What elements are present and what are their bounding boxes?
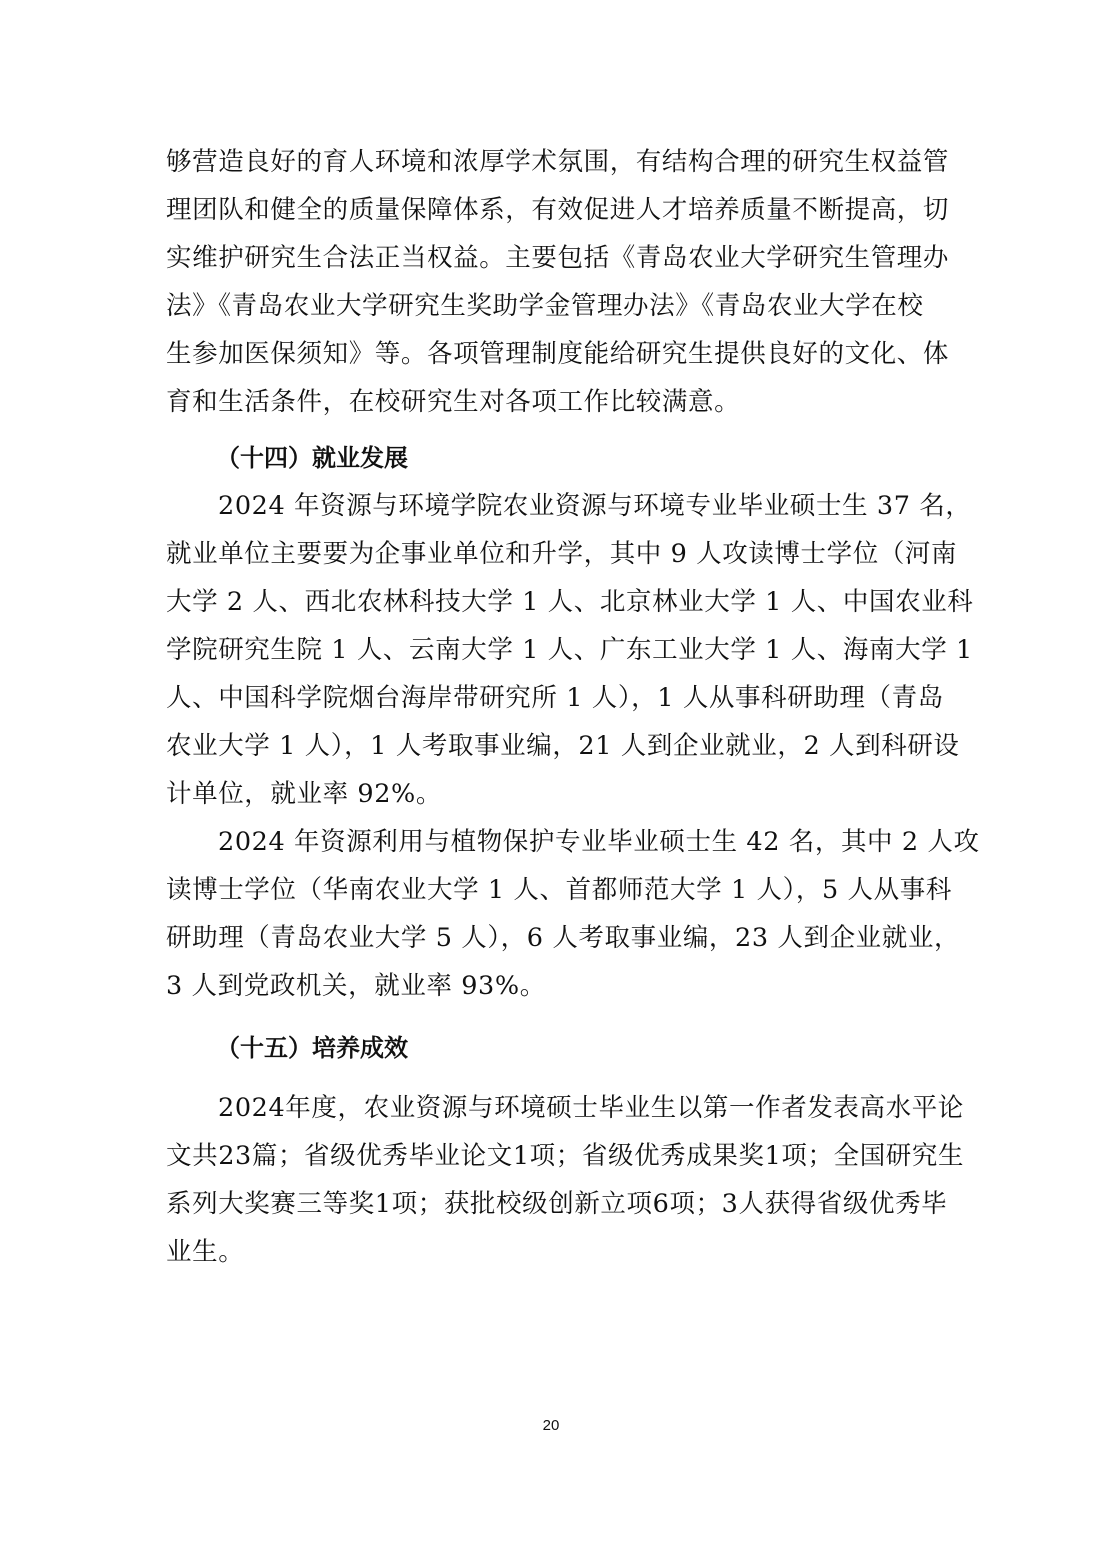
paragraph-line: 业生。 (166, 1236, 244, 1268)
section-heading-employment: （十四）就业发展 (216, 442, 408, 474)
paragraph-line: 理团队和健全的质量保障体系，有效促进人才培养质量不断提高，切 (166, 194, 949, 226)
paragraph-line: 研助理（青岛农业大学 5 人），6 人考取事业编，23 人到企业就业， (166, 922, 960, 954)
paragraph-line: 2024 年资源与环境学院农业资源与环境专业毕业硕士生 37 名， (218, 490, 971, 522)
paragraph-line: 人、中国科学院烟台海岸带研究所 1 人），1 人从事科研助理（青岛 (166, 682, 944, 714)
paragraph-line: 3 人到党政机关，就业率 93%。 (166, 970, 546, 1002)
section-heading-training-results: （十五）培养成效 (216, 1032, 408, 1064)
paragraph-line: 计单位，就业率 92%。 (166, 778, 442, 810)
paragraph-line: 生参加医保须知》等。各项管理制度能给研究生提供良好的文化、体 (166, 338, 949, 370)
paragraph-line: 大学 2 人、西北农林科技大学 1 人、北京林业大学 1 人、中国农业科 (166, 586, 973, 618)
paragraph-line: 农业大学 1 人），1 人考取事业编，21 人到企业就业，2 人到科研设 (166, 730, 960, 762)
paragraph-line: 法》《青岛农业大学研究生奖助学金管理办法》《青岛农业大学在校 (166, 290, 924, 322)
paragraph-line: 系列大奖赛三等奖1项；获批校级创新立项6项；3人获得省级优秀毕 (166, 1188, 947, 1220)
paragraph-line: 育和生活条件，在校研究生对各项工作比较满意。 (166, 386, 740, 418)
paragraph-line: 够营造良好的育人环境和浓厚学术氛围，有结构合理的研究生权益管 (166, 146, 949, 178)
paragraph-line: 文共23篇；省级优秀毕业论文1项；省级优秀成果奖1项；全国研究生 (166, 1140, 964, 1172)
paragraph-line: 就业单位主要要为企事业单位和升学，其中 9 人攻读博士学位（河南 (166, 538, 957, 570)
paragraph-line: 2024 年资源利用与植物保护专业毕业硕士生 42 名，其中 2 人攻 (218, 826, 980, 858)
paragraph-line: 学院研究生院 1 人、云南大学 1 人、广东工业大学 1 人、海南大学 1 (166, 634, 973, 666)
page-number: 20 (0, 1417, 1102, 1434)
paragraph-line: 2024年度，农业资源与环境硕士毕业生以第一作者发表高水平论 (218, 1092, 964, 1124)
paragraph-line: 读博士学位（华南农业大学 1 人、首都师范大学 1 人），5 人从事科 (166, 874, 952, 906)
paragraph-line: 实维护研究生合法正当权益。主要包括《青岛农业大学研究生管理办 (166, 242, 949, 274)
